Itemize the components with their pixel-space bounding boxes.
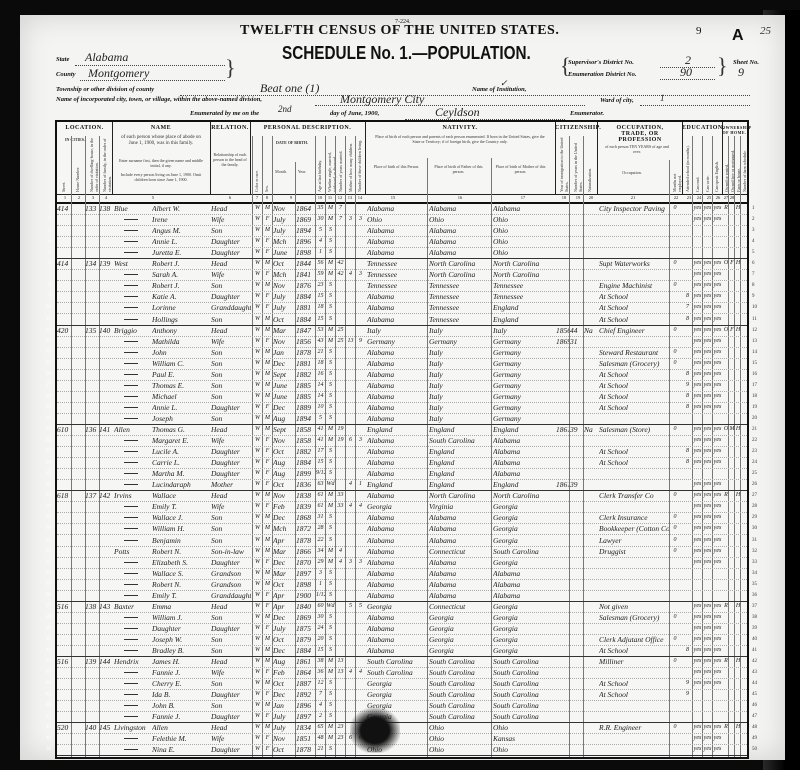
given-name-cell: Margaret E. [152,435,210,446]
sex-cell: F [263,435,272,446]
birth-year-cell: 1892 [296,689,315,700]
birthplace-father-cell: Alabama [429,579,491,590]
line-number-right: 45 [752,689,766,700]
line-number: 49 [37,733,51,744]
birthplace-person-cell: Georgia [367,501,427,512]
color-cell: W [253,656,262,667]
birth-year-cell: 1841 [296,269,315,280]
age-cell: 12 [316,678,325,689]
birthplace-person-cell: Alabama [367,380,427,391]
ditto-mark [124,418,138,419]
can-read-cell [693,247,702,258]
birthplace-person-cell: Alabama [367,645,427,656]
marital-cell: M [326,722,335,733]
birthplace-mother-cell: Georgia [493,623,555,634]
given-name-cell: Thomas E. [152,380,210,391]
birth-month-cell: Nov [273,203,295,214]
can-write-cell: yes [703,457,712,468]
birth-month-cell: Mch [273,269,295,280]
months-unemployed-cell [670,369,680,380]
mother-of-cell [346,413,355,424]
house-number-cell [57,468,71,479]
years-in-us-cell [570,568,583,579]
months-unemployed-cell [670,557,680,568]
family-header: Number of family, in the order of visita… [102,136,112,192]
school-months-cell [683,579,692,590]
birthplace-person-cell: Alabama [367,590,427,601]
relation-cell: Daughter [211,623,251,634]
birthplace-person-cell: Alabama [367,369,427,380]
ditto-mark [124,506,138,507]
line-number-right: 5 [752,247,766,258]
farm-house-cell [735,634,741,645]
sheet-label: Sheet No. [733,59,759,66]
birth-month-cell: Nov [273,336,295,347]
mother-of-cell: 4 [346,667,355,678]
line-number: 18 [37,391,51,402]
birth-month-cell: Oct [273,314,295,325]
years-in-us-cell [570,634,583,645]
line-number: 27 [37,490,51,501]
birth-month-cell: Nov [273,435,295,446]
col-num: 16 [454,195,466,200]
birthplace-person-cell: Germany [367,336,427,347]
marital-cell: M [326,214,335,225]
birthplace-mother-cell: Germany [493,358,555,369]
years-in-us-cell [570,391,583,402]
birthplace-father-cell: Alabama [429,568,491,579]
can-read-cell: yes [693,369,702,380]
can-write-cell: yes [703,391,712,402]
dwelling-cell [85,557,99,568]
ditto-mark [124,628,138,629]
months-unemployed-cell: 0 [670,490,680,501]
age-cell: 1 [316,579,325,590]
birthplace-person-cell: Georgia [367,678,427,689]
house-number-cell [57,214,71,225]
relation-cell: Head [211,424,251,435]
naturalization-cell [584,269,597,280]
birthplace-mother-cell: Ohio [493,722,555,733]
birthplace-father-cell: Alabama [429,557,491,568]
years-in-us-cell [570,347,583,358]
birth-month-cell: July [273,291,295,302]
birth-month-cell: Nov [273,280,295,291]
farm-house-cell [735,590,741,601]
given-name-cell: William H. [152,523,210,534]
birthplace-father-cell: South Carolina [429,656,491,667]
marital-cell: M [326,424,335,435]
house-number-cell [57,380,71,391]
line-number: 48 [37,722,51,733]
relation-cell: Head [211,490,251,501]
school-months-cell [683,435,692,446]
given-name-cell: Felethie M. [152,733,210,744]
can-write-cell [703,247,712,258]
birth-month-cell: Dec [273,402,295,413]
ditto-mark [124,749,138,750]
occupation-cell [599,479,669,490]
birthplace-person-cell: Italy [367,325,427,336]
naturalization-cell [584,656,597,667]
age-cell: 7 [316,689,325,700]
ditto-mark [124,672,138,673]
house-number-cell: 414 [57,258,71,269]
line-number-right: 6 [752,258,766,269]
line-number-right: 35 [752,579,766,590]
family-number-cell [99,678,112,689]
ditto-mark [124,738,138,739]
children-living-cell [356,291,365,302]
house-number-cell [57,579,71,590]
months-unemployed-cell: 0 [670,325,680,336]
can-write-cell: yes [703,634,712,645]
line-number-right: 42 [752,656,766,667]
relation-cell: Daughter [211,291,251,302]
age-cell: 56 [316,258,325,269]
line-number-right: 29 [752,512,766,523]
can-speak-english-cell: yes [713,280,722,291]
months-unemployed-cell [670,291,680,302]
family-number-cell [99,280,112,291]
age-cell: 41 [316,435,325,446]
age-cell: 65 [316,722,325,733]
ward-value: 1 [660,93,665,103]
dwelling-cell: 133 [85,203,99,214]
birth-month-cell: Feb [273,667,295,678]
house-number-cell [57,457,71,468]
birthplace-mother-cell: South Carolina [493,689,555,700]
farm-house-cell [735,457,741,468]
farm-house-cell [735,280,741,291]
birth-month-cell: Aug [273,413,295,424]
ditto-mark [124,241,138,242]
can-speak-english-cell: yes [713,557,722,568]
mother-of-cell [346,280,355,291]
naturalization-cell [584,479,597,490]
birth-year-cell: 1896 [296,700,315,711]
birthplace-father-cell: England [429,446,491,457]
children-living-cell [356,645,365,656]
relation-cell: Daughter [211,236,251,247]
sex-header: Sex. [264,136,269,192]
can-write-cell [703,413,712,424]
given-name-cell: Joseph W. [152,634,210,645]
family-number-cell [99,612,112,623]
years-in-us-cell [570,247,583,258]
sex-cell: M [263,369,272,380]
dwelling-cell: 137 [85,490,99,501]
can-speak-english-cell: yes [713,214,722,225]
can-speak-english-cell: yes [713,402,722,413]
occupation-cell: Salesman (Grocery) [599,358,669,369]
mother-of-cell [346,656,355,667]
years-us-header: Number of years in the United States. [573,136,583,192]
farm-house-cell [735,667,741,678]
given-name-cell: Lucile A. [152,446,210,457]
house-number-cell [57,557,71,568]
farm-house-cell [735,700,741,711]
age-cell: 43 [316,336,325,347]
education-title: EDUCATION. [682,125,722,131]
marital-cell: S [326,568,335,579]
children-living-cell [356,280,365,291]
sex-cell: M [263,546,272,557]
birthplace-mother-cell: Ohio [493,214,555,225]
can-write-cell: yes [703,501,712,512]
school-months-cell: 8 [683,369,692,380]
can-read-cell: yes [693,612,702,623]
house-number-cell: 610 [57,424,71,435]
color-cell: W [253,689,262,700]
can-speak-english-cell: yes [713,722,722,733]
given-name-cell: Lorinne [152,302,210,313]
line-number: 31 [37,535,51,546]
can-read-cell: yes [693,512,702,523]
can-write-cell: yes [703,523,712,534]
birth-month-cell: Aug [273,457,295,468]
given-name-cell: Robert J. [152,280,210,291]
age-cell: 23 [316,280,325,291]
years-in-us-cell [570,291,583,302]
line-number: 25 [37,468,51,479]
relation-cell: Head [211,601,251,612]
birth-month-cell: Oct [273,258,295,269]
birthplace-father-cell: Alabama [429,247,491,258]
years-in-us-cell [570,656,583,667]
years-in-us-cell [570,722,583,733]
house-number-cell [57,236,71,247]
house-number-cell [57,612,71,623]
township-label: Township or other division of county [56,86,154,93]
naturalization-cell [584,678,597,689]
census-title: TWELFTH CENSUS OF THE UNITED STATES. [240,23,559,39]
occupation-cell [599,247,669,258]
naturalization-cell [584,512,597,523]
birthplace-mother-cell: Germany [493,413,555,424]
birthplace-father-cell: Alabama [429,523,491,534]
birth-year-cell: 1881 [296,302,315,313]
age-cell: 5 [316,225,325,236]
occupation-cell [599,733,669,744]
birthplace-father-cell: North Carolina [429,269,491,280]
can-write-cell: yes [703,612,712,623]
birthplace-father-cell: Virginia [429,501,491,512]
years-married-cell: 13 [336,667,345,678]
immigration-year-cell [556,457,569,468]
family-number-cell [99,247,112,258]
occupation-cell: At School [599,302,669,313]
population-table: LOCATION. IN CITIES. NAME of each person… [55,120,749,759]
school-months-cell [683,347,692,358]
months-unemployed-cell [670,733,680,744]
birth-year-cell: 1885 [296,380,315,391]
years-married-cell [336,347,345,358]
can-write-cell: yes [703,656,712,667]
immigration-year-cell [556,269,569,280]
sex-cell: M [263,568,272,579]
house-number-cell [57,744,71,755]
naturalization-cell [584,711,597,722]
given-name-cell: Martha M. [152,468,210,479]
school-months-cell [683,733,692,744]
house-number-cell: 520 [57,722,71,733]
immigration-year-cell [556,733,569,744]
family-number-cell [99,468,112,479]
line-number-right: 41 [752,645,766,656]
school-months-cell: 9 [683,678,692,689]
line-number: 43 [37,667,51,678]
color-cell: W [253,225,262,236]
naturalization-cell [584,590,597,601]
relation-cell: Mother [211,479,251,490]
birthplace-father-cell: Italy [429,369,491,380]
immigration-year-cell [556,535,569,546]
years-in-us-cell [570,369,583,380]
enumeration-value: 90 [680,65,692,80]
years-in-us-cell [570,612,583,623]
school-months-cell [683,512,692,523]
farm-house-cell [735,479,741,490]
birthplace-mother-cell: Georgia [493,512,555,523]
color-cell: W [253,512,262,523]
age-cell: 17 [316,446,325,457]
marital-cell: M [326,557,335,568]
township-value: Beat one (1) [260,81,319,96]
occupation-cell: Bookkeeper (Cotton Co) [599,523,669,534]
marital-cell: S [326,302,335,313]
line-number: 22 [37,435,51,446]
birth-year-cell: 1875 [296,623,315,634]
personal-title: PERSONAL DESCRIPTION. [250,125,365,131]
naturalization-cell [584,446,597,457]
birthplace-person-cell: Alabama [367,612,427,623]
birthplace-father-cell: Germany [429,336,491,347]
age-cell: 24 [316,623,325,634]
birth-month-cell: Apr [273,590,295,601]
given-name-cell: Wallace S. [152,568,210,579]
farm-house-cell: H [735,490,741,501]
birthplace-mother-cell: England [493,479,555,490]
dwelling-cell [85,468,99,479]
mother-of-cell [346,612,355,623]
immigration-year-cell: 1856 [556,325,569,336]
line-number-right: 17 [752,380,766,391]
family-number-cell: 145 [99,722,112,733]
color-cell: W [253,546,262,557]
family-number-cell: 138 [99,203,112,214]
color-cell: W [253,579,262,590]
ditto-mark [124,595,138,596]
immigration-year-cell [556,402,569,413]
can-read-cell: yes [693,391,702,402]
school-months-cell [683,269,692,280]
line-number: 45 [37,689,51,700]
children-living-cell [356,678,365,689]
can-speak-english-cell: yes [713,546,722,557]
months-unemployed-cell: 0 [670,512,680,523]
school-months-cell [683,479,692,490]
can-speak-english-cell: yes [713,369,722,380]
mother-of-cell: 13 [346,336,355,347]
color-cell: W [253,369,262,380]
birth-month-cell: Jan [273,700,295,711]
naturalization-cell [584,302,597,313]
mother-of-cell [346,590,355,601]
years-married-cell: 4 [336,557,345,568]
can-speak-english-cell: yes [713,678,722,689]
given-name-cell: William J. [152,612,210,623]
farm-house-cell [735,512,741,523]
line-number: 21 [37,424,51,435]
schedule-header: Number of farm schedule. [742,136,747,192]
mother-of-cell [346,546,355,557]
school-months-cell: 8 [683,314,692,325]
birth-year-cell: 1876 [296,280,315,291]
birthplace-mother-cell: Georgia [493,601,555,612]
sex-cell: F [263,302,272,313]
sex-cell: F [263,236,272,247]
can-speak-english-cell [713,700,722,711]
children-living-cell [356,468,365,479]
can-write-cell: yes [703,678,712,689]
house-number-cell [57,269,71,280]
relation-cell: Son [211,612,251,623]
color-cell: W [253,523,262,534]
can-read-cell: yes [693,733,702,744]
mother-of-cell: 4 [346,269,355,280]
birthplace-father-cell: Tennessee [429,314,491,325]
can-speak-english-cell: yes [713,645,722,656]
can-speak-english-cell [713,590,722,601]
birthplace-person-cell: Alabama [367,314,427,325]
birth-mother-label: Place of birth of Mother of this person. [493,164,548,174]
dwelling-cell [85,446,99,457]
birthplace-father-cell: Alabama [429,236,491,247]
mother-of-cell [346,623,355,634]
can-read-cell: yes [693,601,702,612]
birthplace-father-cell: South Carolina [429,678,491,689]
family-number-cell [99,435,112,446]
house-number-cell [57,402,71,413]
line-number-right: 46 [752,700,766,711]
birth-year-cell: 1884 [296,645,315,656]
birthplace-person-cell: Alabama [367,568,427,579]
can-read-cell: yes [693,479,702,490]
given-name-cell: Bradley B. [152,645,210,656]
farm-house-cell [735,501,741,512]
age-cell: 10 [316,402,325,413]
line-number: 16 [37,369,51,380]
relation-cell: Daughter [211,247,251,258]
farm-house-cell [735,336,741,347]
marital-cell: S [326,402,335,413]
children-living-cell [356,302,365,313]
children-living-cell [356,358,365,369]
immigration-year-cell [556,468,569,479]
birthplace-father-cell: South Carolina [429,689,491,700]
marital-cell: M [326,733,335,744]
can-speak-english-cell: yes [713,523,722,534]
family-number-cell [99,623,112,634]
naturalization-cell [584,291,597,302]
dwelling-cell [85,247,99,258]
years-in-us-cell [570,645,583,656]
dwelling-cell [85,479,99,490]
nativity-title: NATIVITY. [365,125,555,131]
given-name-cell: Annie L. [152,402,210,413]
can-speak-english-cell: yes [713,656,722,667]
